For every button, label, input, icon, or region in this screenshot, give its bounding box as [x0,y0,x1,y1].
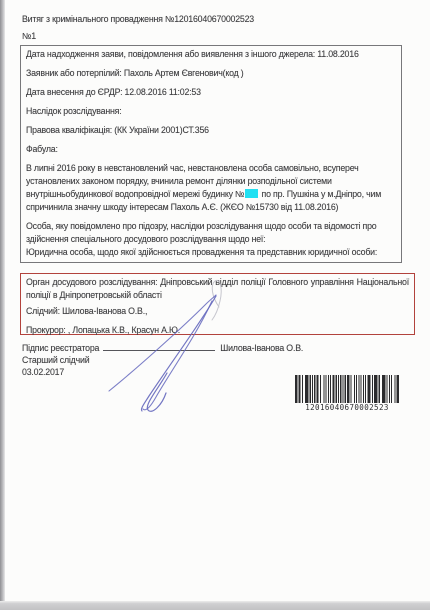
scan-edge-bottom [0,601,430,610]
scanned-document-page: Витяг з кримінального провадження №12016… [0,0,430,610]
barcode-bars-icon [295,375,399,403]
registrar-name: Шилова-Іванова О.В. [220,343,303,353]
record-number: №1 [22,30,36,43]
registrar-position: Старший слідчий [22,354,303,366]
document-title: Витяг з кримінального провадження №12016… [22,13,254,26]
registrar-signature-block: Підпис реєстратораШилова-Іванова О.В. Ст… [22,341,303,378]
field-legal-entity: Юридична особа, щодо якої здійснюється п… [26,246,396,259]
field-prosecutor: Прокурор: , Лопацька К.В., Красун А.Ю. [26,324,409,337]
field-investigator: Слідчий: Шилова-Іванова О.В., [26,305,409,318]
redacted-house-number-highlight [245,189,258,198]
field-fabula-label: Фабула: [26,143,396,156]
field-legal-qualification: Правова кваліфікація: (КК України 2001)С… [26,124,396,137]
field-date-received: Дата надходження заяви, повідомлення або… [26,48,396,61]
field-suspect-info: Особа, яку повідомлено про підозру, насл… [26,220,396,246]
scan-edge-left [0,0,5,610]
field-applicant: Заявник або потерпілий: Пахоль Артем Євг… [26,67,396,80]
field-investigation-result: Наслідок розслідування: [26,105,396,118]
signature-date: 03.02.2017 [22,366,303,378]
case-barcode: 12016040670002523 [295,375,399,412]
signature-underline [103,341,215,351]
field-authority: Орган досудового розслідування: Дніпровс… [26,276,409,302]
field-fabula-text: В липні 2016 року в невстановлений час, … [26,162,396,214]
signature-label: Підпис реєстратора [22,343,99,353]
barcode-number: 12016040670002523 [295,404,399,412]
field-erdr-date: Дата внесення до ЄРДР: 12.08.2016 11:02:… [26,86,396,99]
case-details-box: Дата надходження заяви, повідомлення або… [20,45,402,263]
signature-line-row: Підпис реєстратораШилова-Іванова О.В. [22,341,303,354]
investigation-authority-box: Орган досудового розслідування: Дніпровс… [20,273,415,335]
